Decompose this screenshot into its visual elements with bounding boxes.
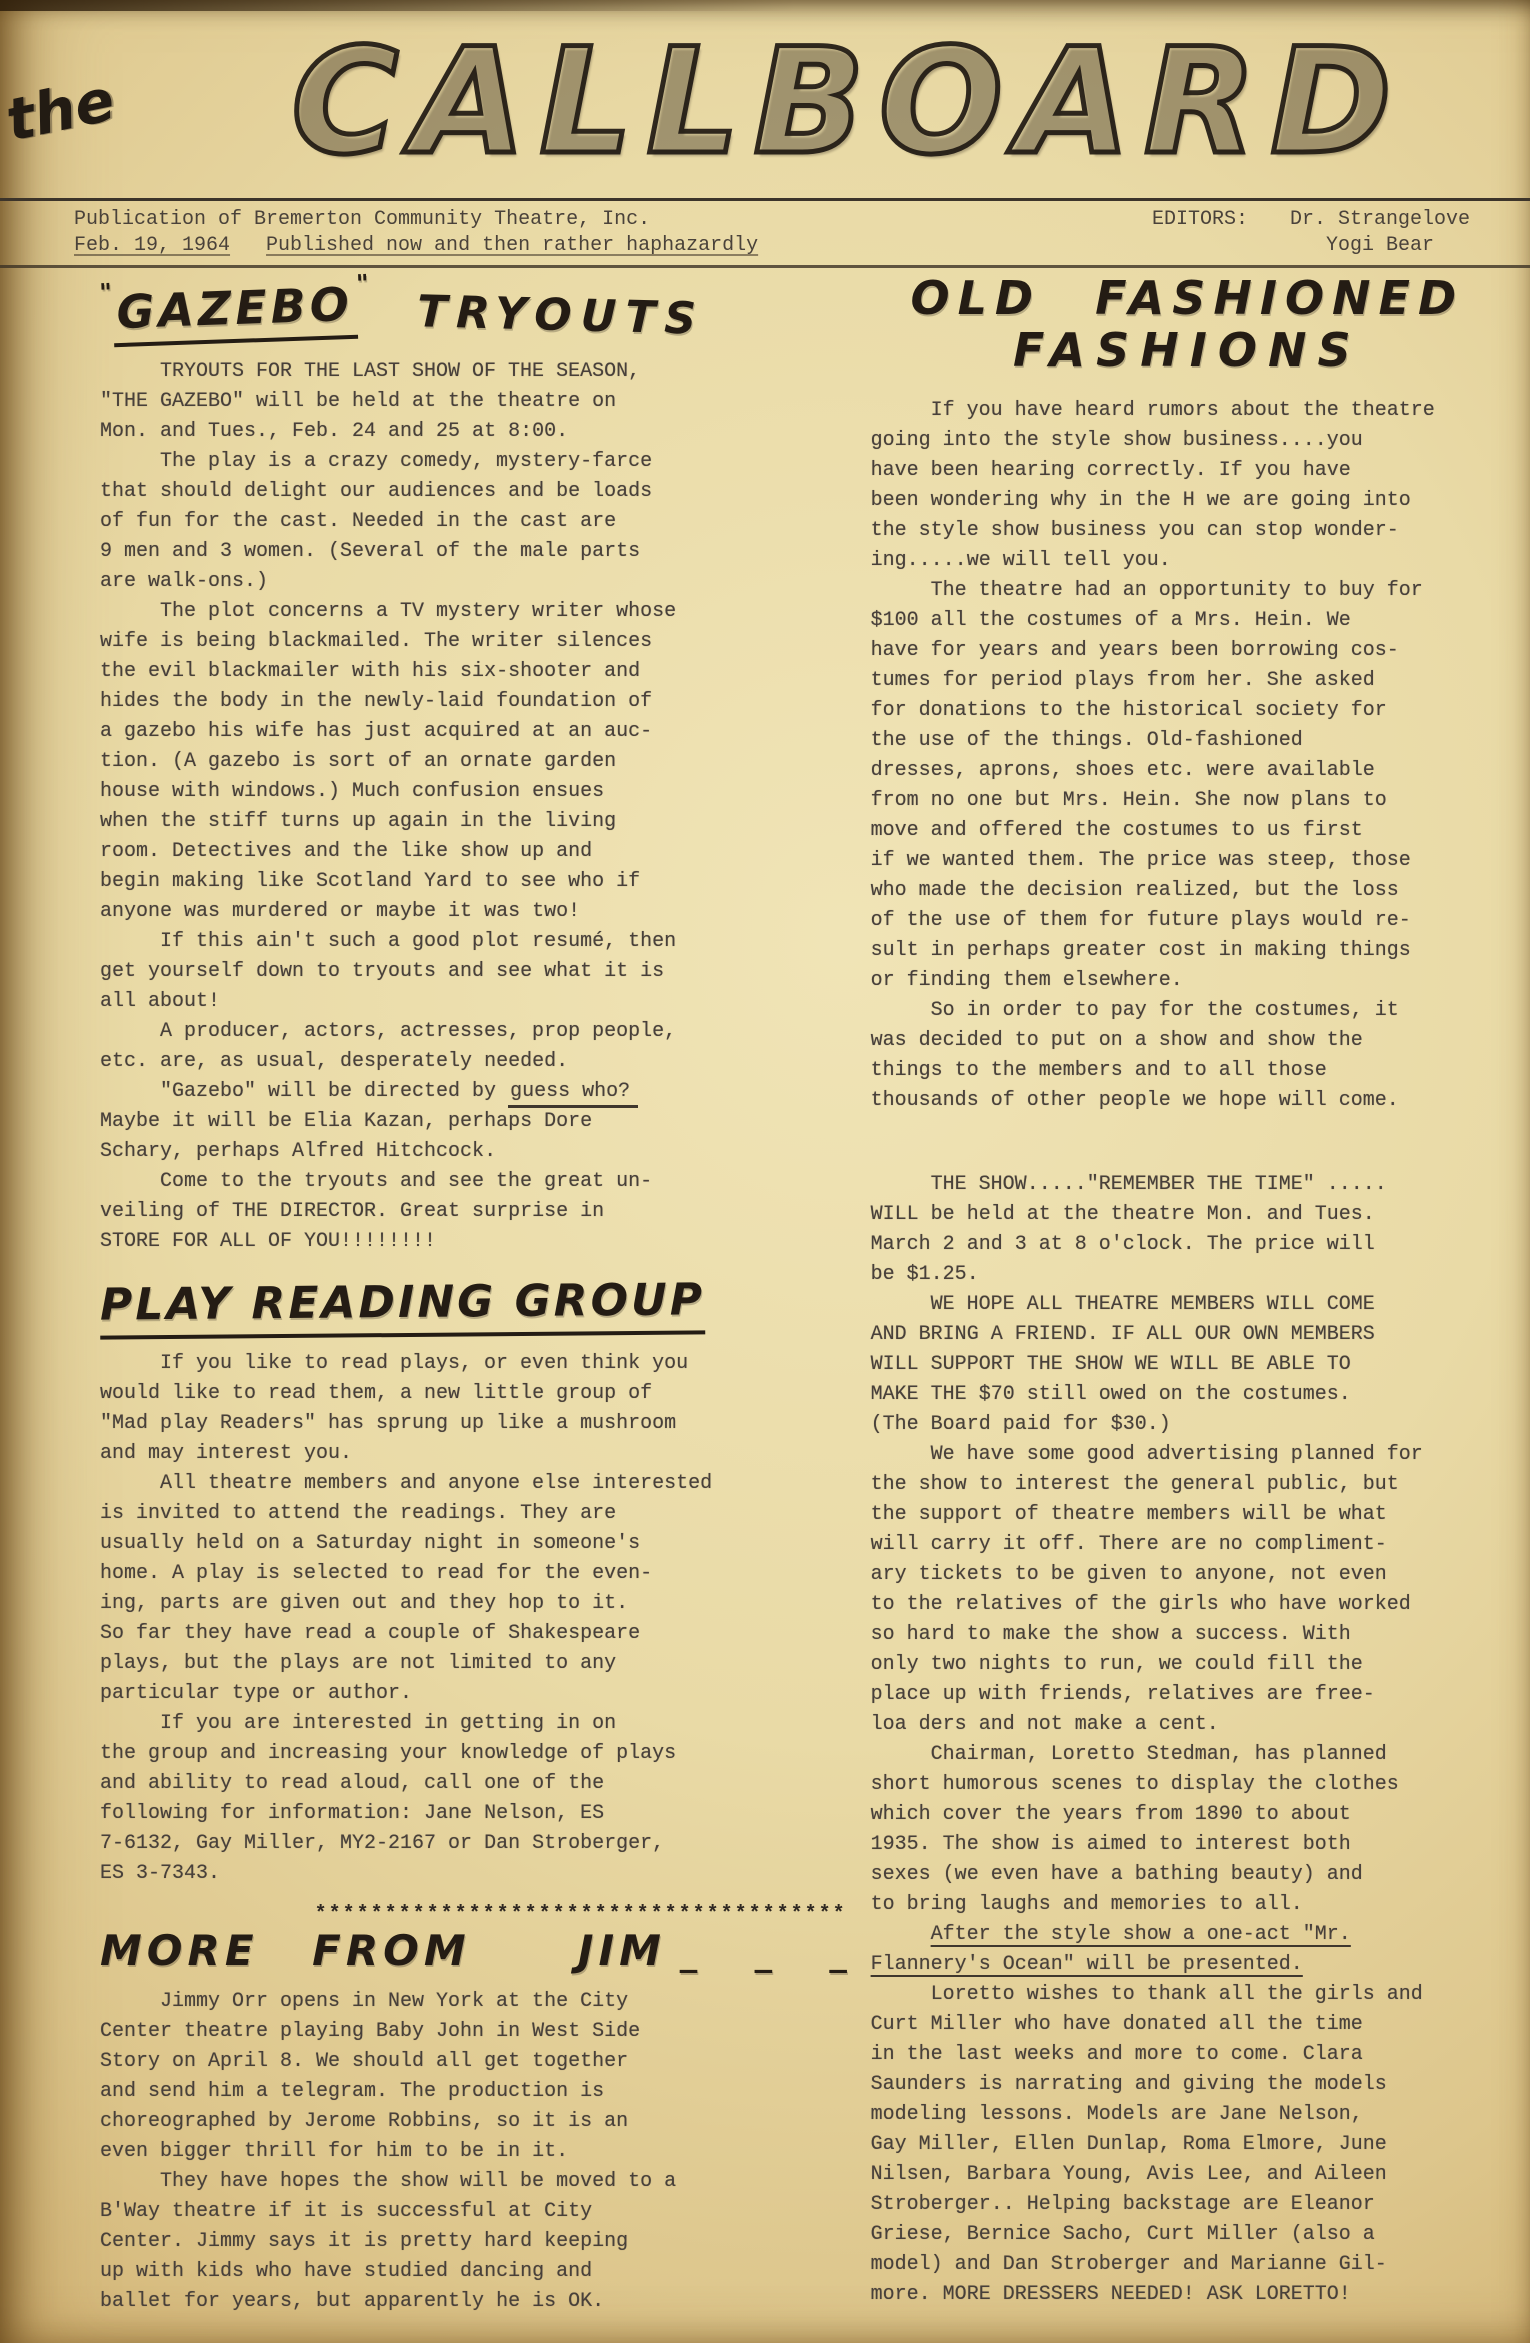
paragraph: WE HOPE ALL THEATRE MEMBERS WILL COME AN… [871, 1290, 1504, 1440]
paragraph: They have hopes the show will be moved t… [100, 2167, 853, 2317]
headline-tryouts-word: TRYOUTS [417, 286, 706, 345]
article-old-fashioned-fashions: OLD FASHIONED FASHIONS If you have heard… [871, 272, 1504, 2310]
issue-date: Feb. 19, 1964 [74, 234, 230, 257]
masthead: the CALLBOARD [0, 10, 1530, 201]
paragraph: So in order to pay for the costumes, it … [871, 996, 1504, 1116]
editor-name: Yogi Bear [1326, 233, 1434, 259]
headline-dashes: _ _ _ [680, 1934, 853, 1974]
publication-info: Publication of Bremerton Community Theat… [74, 207, 758, 259]
article-play-reading-group: PLAY READING GROUP If you like to read p… [100, 1277, 853, 1889]
newsletter-page: the CALLBOARD Publication of Bremerton C… [0, 0, 1530, 2343]
editors-block: EDITORS: Dr. Strangelove Yogi Bear [1152, 207, 1470, 259]
paragraph: Jimmy Orr opens in New York at the City … [100, 1987, 853, 2167]
right-column: OLD FASHIONED FASHIONS If you have heard… [871, 272, 1504, 2317]
editor-name: Dr. Strangelove [1290, 207, 1470, 233]
date-line: Feb. 19, 1964Published now and then rath… [74, 233, 758, 259]
paragraph: TRYOUTS FOR THE LAST SHOW OF THE SEASON,… [100, 357, 853, 447]
paragraph: Come to the tryouts and see the great un… [100, 1167, 853, 1257]
article-headline: PLAY READING GROUP [100, 1277, 853, 1337]
underlined-paragraph: After the style show a one-act "Mr. Flan… [871, 1920, 1504, 1980]
paragraph-text: Maybe it will be Elia Kazan, perhaps Dor… [100, 1110, 592, 1163]
paragraph: If you have heard rumors about the theat… [871, 396, 1504, 576]
underlined-phrase: guess who? [508, 1080, 638, 1108]
paragraph: We have some good advertising planned fo… [871, 1440, 1504, 1740]
paragraph: The plot concerns a TV mystery writer wh… [100, 597, 853, 927]
info-bar: Publication of Bremerton Community Theat… [0, 201, 1530, 268]
paragraph: If you are interested in getting in on t… [100, 1709, 853, 1889]
paragraph: All theatre members and anyone else inte… [100, 1469, 853, 1709]
article-gazebo-tryouts: "GAZEBO" TRYOUTS TRYOUTS FOR THE LAST SH… [100, 274, 853, 1257]
article-headline: OLD FASHIONED FASHIONS [871, 272, 1504, 376]
paragraph: Loretto wishes to thank all the girls an… [871, 1980, 1504, 2310]
content-columns: "GAZEBO" TRYOUTS TRYOUTS FOR THE LAST SH… [100, 268, 1504, 2317]
left-column: "GAZEBO" TRYOUTS TRYOUTS FOR THE LAST SH… [100, 272, 853, 2317]
paragraph: Chairman, Loretto Stedman, has planned s… [871, 1740, 1504, 1920]
editors-label: EDITORS: [1152, 207, 1248, 233]
paragraph: The play is a crazy comedy, mystery-farc… [100, 447, 853, 597]
paragraph: "Gazebo" will be directed by guess who? … [100, 1077, 853, 1167]
article-headline: "GAZEBO" TRYOUTS [100, 274, 853, 343]
paragraph: The theatre had an opportunity to buy fo… [871, 576, 1504, 996]
publication-line: Publication of Bremerton Community Theat… [74, 207, 758, 233]
headline-gazebo-word: "GAZEBO" [99, 269, 371, 347]
paragraph-text: "Gazebo" will be directed by [160, 1080, 508, 1103]
published-note: Published now and then rather haphazardl… [266, 234, 758, 257]
article-more-from-jim: MORE FROM JIM_ _ _ Jimmy Orr opens in Ne… [100, 1926, 853, 2317]
masthead-title: CALLBOARD [175, 12, 1522, 192]
paragraph: If you like to read plays, or even think… [100, 1349, 853, 1469]
paragraph: A producer, actors, actresses, prop peop… [100, 1017, 853, 1077]
masthead-the: the [0, 65, 120, 154]
article-headline: MORE FROM JIM_ _ _ [100, 1926, 853, 1975]
paragraph: If this ain't such a good plot resumé, t… [100, 927, 853, 1017]
paragraph: THE SHOW....."REMEMBER THE TIME" ..... W… [871, 1170, 1504, 1290]
asterisk-divider: ************************************** [100, 1903, 853, 1926]
